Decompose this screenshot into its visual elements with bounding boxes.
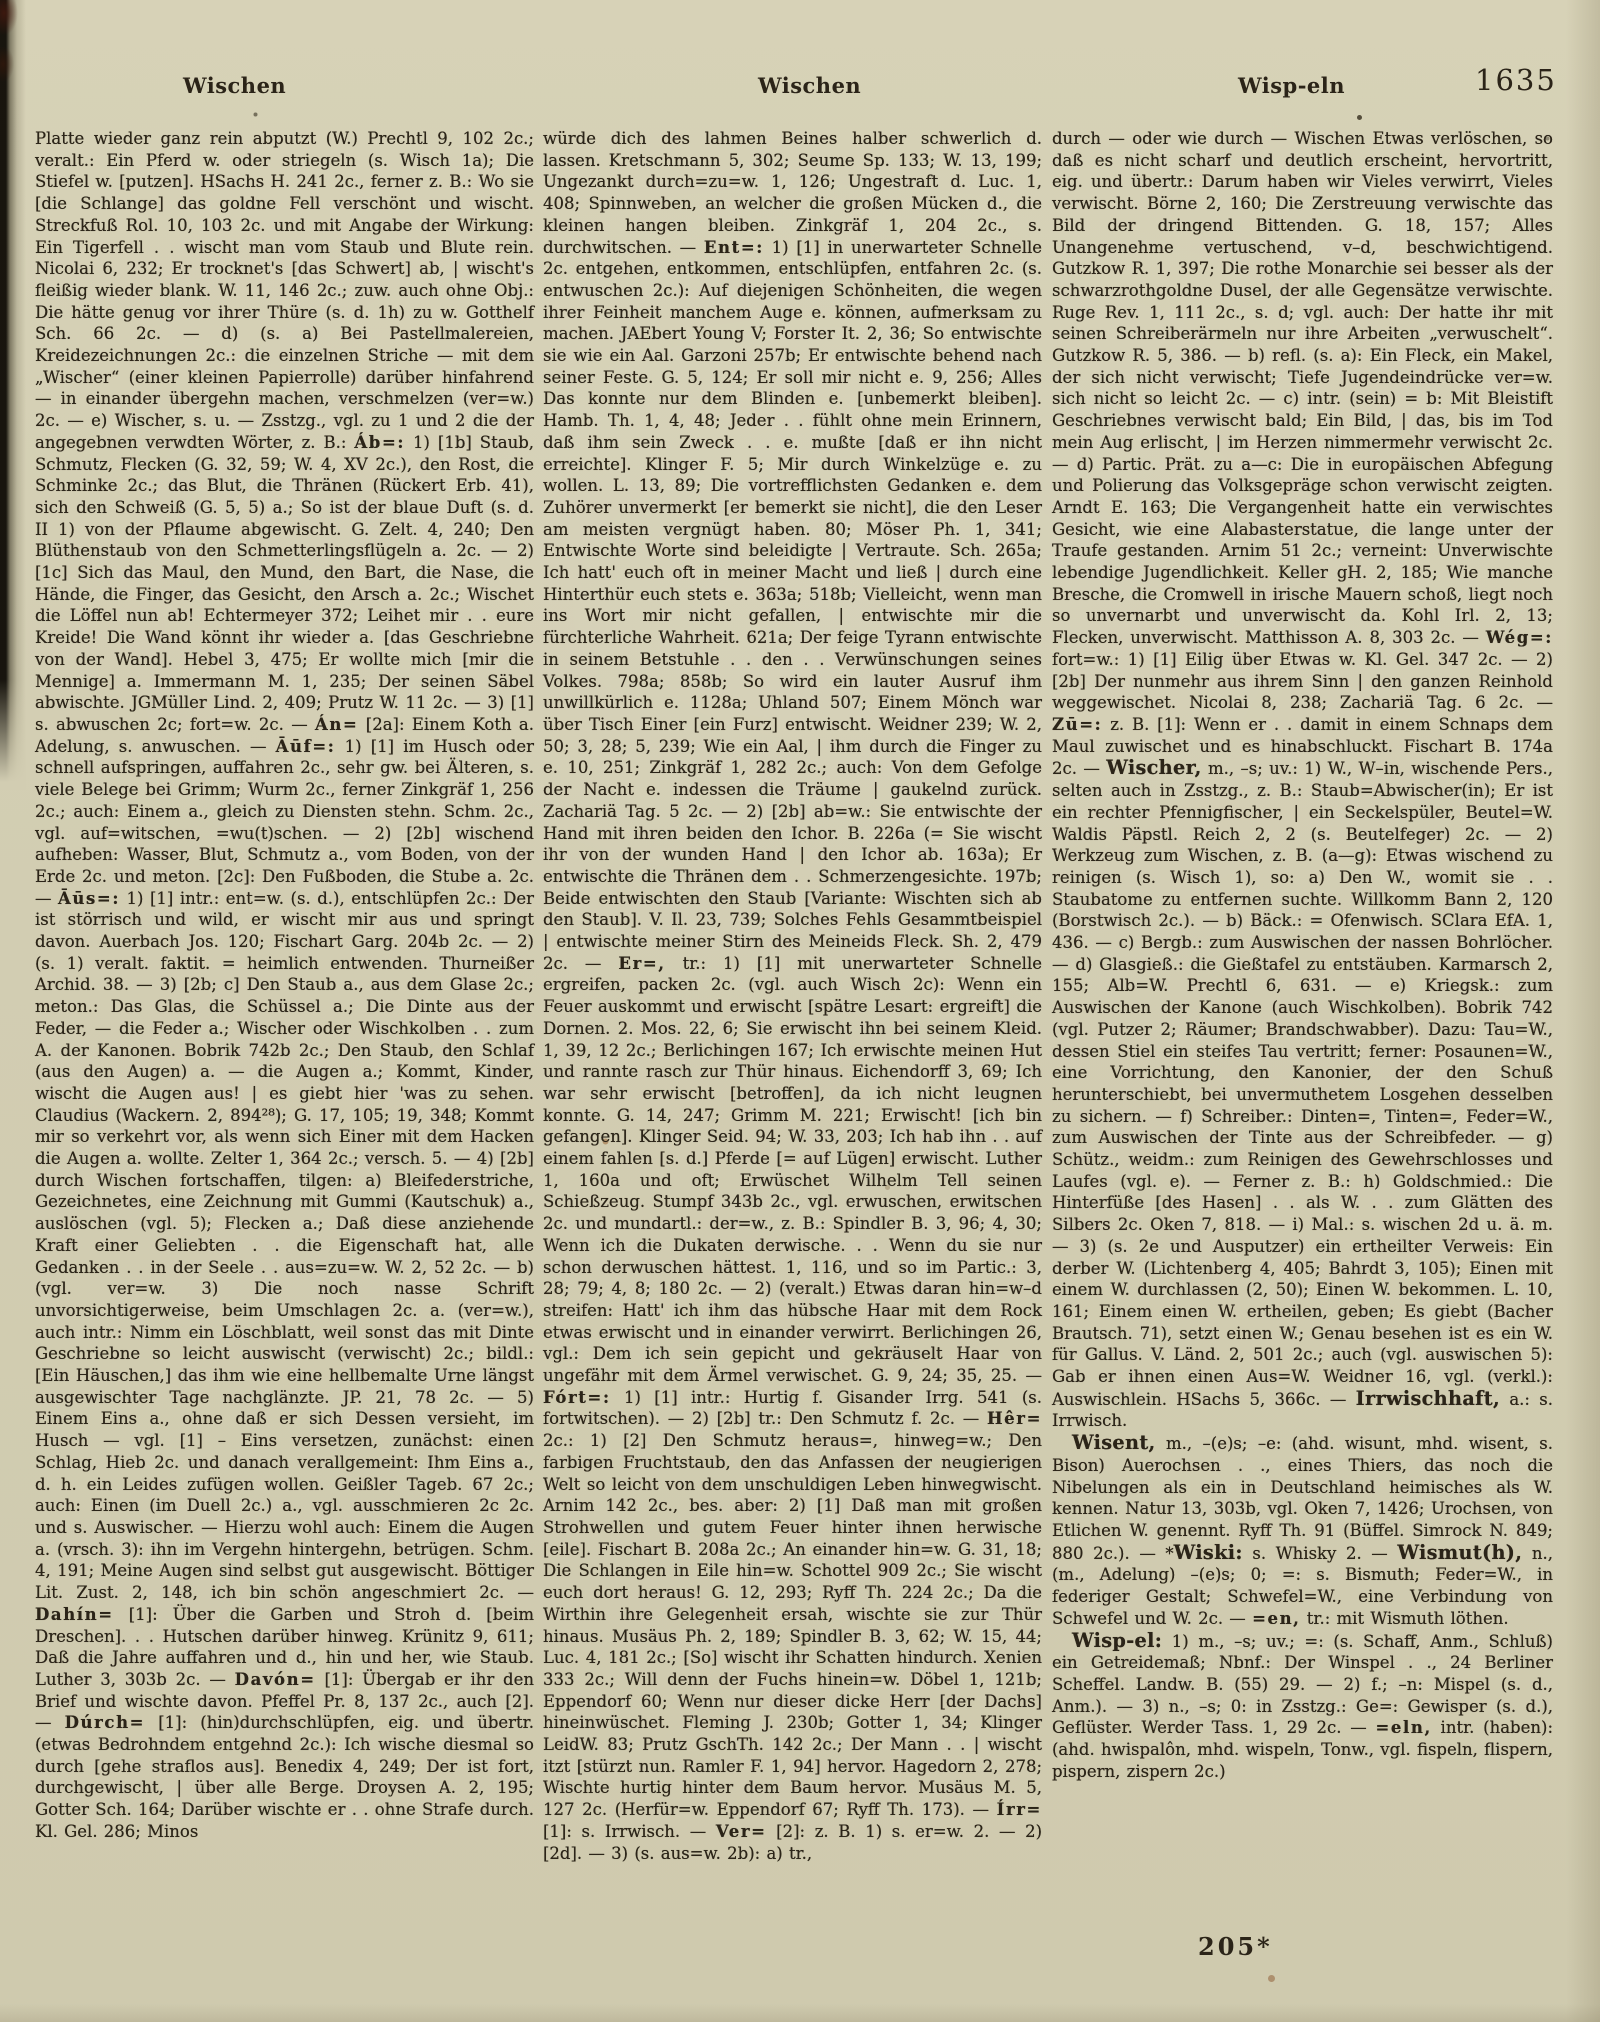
text-column-3: durch — oder wie durch — Wischen Etwas v… xyxy=(1052,128,1553,1782)
text-column-2: würde dich des lahmen Beines halber schw… xyxy=(543,128,1042,1864)
running-head-center: Wischen xyxy=(758,73,861,98)
paragraph: Wisp-el: 1) m., –s; uv.; =: (s. Schaff, … xyxy=(1052,1630,1553,1783)
scan-right-edge-shadow xyxy=(1566,0,1600,2022)
paragraph: durch — oder wie durch — Wischen Etwas v… xyxy=(1052,128,1553,1432)
printer-signature: 205* xyxy=(1198,1932,1273,1961)
scan-bottom-edge-shadow xyxy=(0,2004,1600,2022)
running-head-left: Wischen xyxy=(183,73,286,98)
paragraph: Wisent, m., –(e)s; –e: (ahd. wisunt, mhd… xyxy=(1052,1432,1553,1629)
ink-specks xyxy=(0,0,3,3)
text-column-1: Platte wieder ganz rein abputzt (W.) Pre… xyxy=(35,128,534,1843)
dictionary-scan-page: Wischen Wischen Wisp-eln 1635 Platte wie… xyxy=(0,0,1600,2022)
running-head-right: Wisp-eln xyxy=(1238,73,1345,98)
paragraph: würde dich des lahmen Beines halber schw… xyxy=(543,128,1042,1864)
scan-left-edge-shadow xyxy=(0,0,26,790)
scan-corner-stain xyxy=(0,0,34,100)
page-number: 1635 xyxy=(1475,63,1557,97)
paragraph: Platte wieder ganz rein abputzt (W.) Pre… xyxy=(35,128,534,1843)
